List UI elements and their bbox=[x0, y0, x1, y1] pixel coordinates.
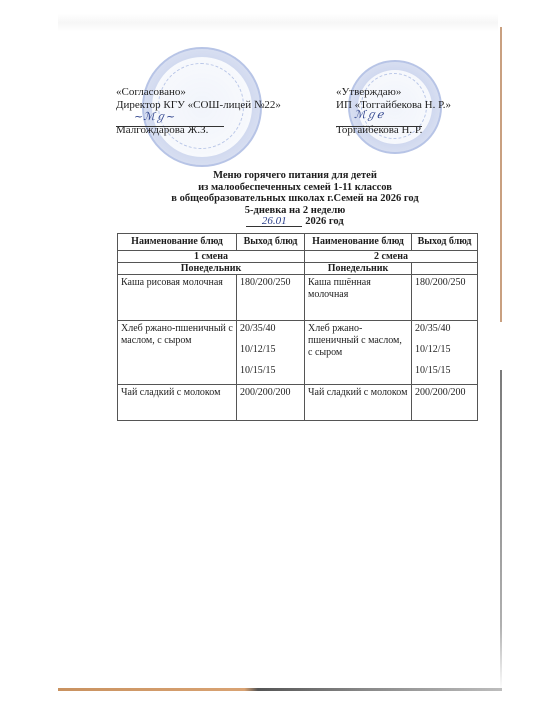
title-line-2: из малообеспеченных семей 1-11 классов bbox=[100, 182, 490, 194]
day-row: Понедельник Понедельник bbox=[118, 263, 478, 275]
page-edge-right bbox=[500, 27, 502, 322]
table-row: Чай сладкий с молоком 200/200/200 Чай сл… bbox=[118, 385, 478, 421]
signature-left-icon: ~ℳℊ~ bbox=[134, 108, 175, 124]
show-through-text bbox=[58, 14, 498, 32]
dish-1-cell: Каша рисовая молочная bbox=[118, 275, 237, 321]
shift-row: 1 смена 2 смена bbox=[118, 251, 478, 263]
header-dish-name-2: Наименование блюд bbox=[305, 234, 412, 251]
page-edge-right-lower bbox=[500, 370, 502, 690]
day-1-label: Понедельник bbox=[118, 263, 305, 275]
header-dish-name-1: Наименование блюд bbox=[118, 234, 237, 251]
yield-value: 180/200/250 bbox=[415, 277, 474, 289]
table-row: Хлеб ржано-пшеничный с маслом, с сыром 2… bbox=[118, 321, 478, 385]
yield-value: 10/12/15 bbox=[415, 344, 474, 356]
day-2-label: Понедельник bbox=[305, 263, 412, 275]
approval-right-label: «Утверждаю» bbox=[336, 86, 451, 99]
document-title: Меню горячего питания для детей из малоо… bbox=[100, 170, 490, 228]
dish-1-cell: Чай сладкий с молоком bbox=[118, 385, 237, 421]
shift-2-label: 2 смена bbox=[305, 251, 478, 263]
dish-2-cell: Чай сладкий с молоком bbox=[305, 385, 412, 421]
header-yield-1: Выход блюд bbox=[237, 234, 305, 251]
yield-1-cell: 20/35/40 10/12/15 10/15/15 bbox=[237, 321, 305, 385]
menu-table: Наименование блюд Выход блюд Наименовани… bbox=[117, 233, 478, 421]
title-line-3: в общеобразовательных школах г.Семей на … bbox=[100, 193, 490, 205]
day-2-empty-cell bbox=[412, 263, 478, 275]
yield-value: 200/200/200 bbox=[415, 387, 474, 399]
scanned-page: «Согласовано» Директор КГУ «СОШ-лицей №2… bbox=[0, 0, 557, 720]
approval-left-label: «Согласовано» bbox=[116, 86, 281, 99]
yield-value: 20/35/40 bbox=[240, 323, 301, 335]
dish-2-cell: Каша пшённая молочная bbox=[305, 275, 412, 321]
dish-1-cell: Хлеб ржано-пшеничный с маслом, с сыром bbox=[118, 321, 237, 385]
yield-value: 200/200/200 bbox=[240, 387, 301, 399]
title-line-4: 5-дневка на 2 неделю bbox=[100, 205, 490, 217]
yield-value: 10/15/15 bbox=[240, 365, 301, 377]
title-line-1: Меню горячего питания для детей bbox=[100, 170, 490, 182]
yield-value: 10/15/15 bbox=[415, 365, 474, 377]
yield-2-cell: 200/200/200 bbox=[412, 385, 478, 421]
yield-2-cell: 180/200/250 bbox=[412, 275, 478, 321]
yield-2-cell: 20/35/40 10/12/15 10/15/15 bbox=[412, 321, 478, 385]
title-year: 2026 год bbox=[305, 216, 343, 227]
yield-1-cell: 200/200/200 bbox=[237, 385, 305, 421]
yield-1-cell: 180/200/250 bbox=[237, 275, 305, 321]
shift-1-label: 1 смена bbox=[118, 251, 305, 263]
yield-value: 20/35/40 bbox=[415, 323, 474, 335]
dish-2-cell: Хлеб ржано-пшеничный с маслом, с сыром bbox=[305, 321, 412, 385]
handwritten-date: 26.01 bbox=[246, 216, 302, 227]
table-row: Каша рисовая молочная 180/200/250 Каша п… bbox=[118, 275, 478, 321]
title-date-line: 26.012026 год bbox=[246, 216, 343, 228]
page-edge-bottom bbox=[58, 688, 502, 691]
table-header-row: Наименование блюд Выход блюд Наименовани… bbox=[118, 234, 478, 251]
signature-right-icon: ℳℊℯ bbox=[354, 106, 383, 122]
yield-value: 10/12/15 bbox=[240, 344, 301, 356]
header-yield-2: Выход блюд bbox=[412, 234, 478, 251]
yield-value: 180/200/250 bbox=[240, 277, 301, 289]
